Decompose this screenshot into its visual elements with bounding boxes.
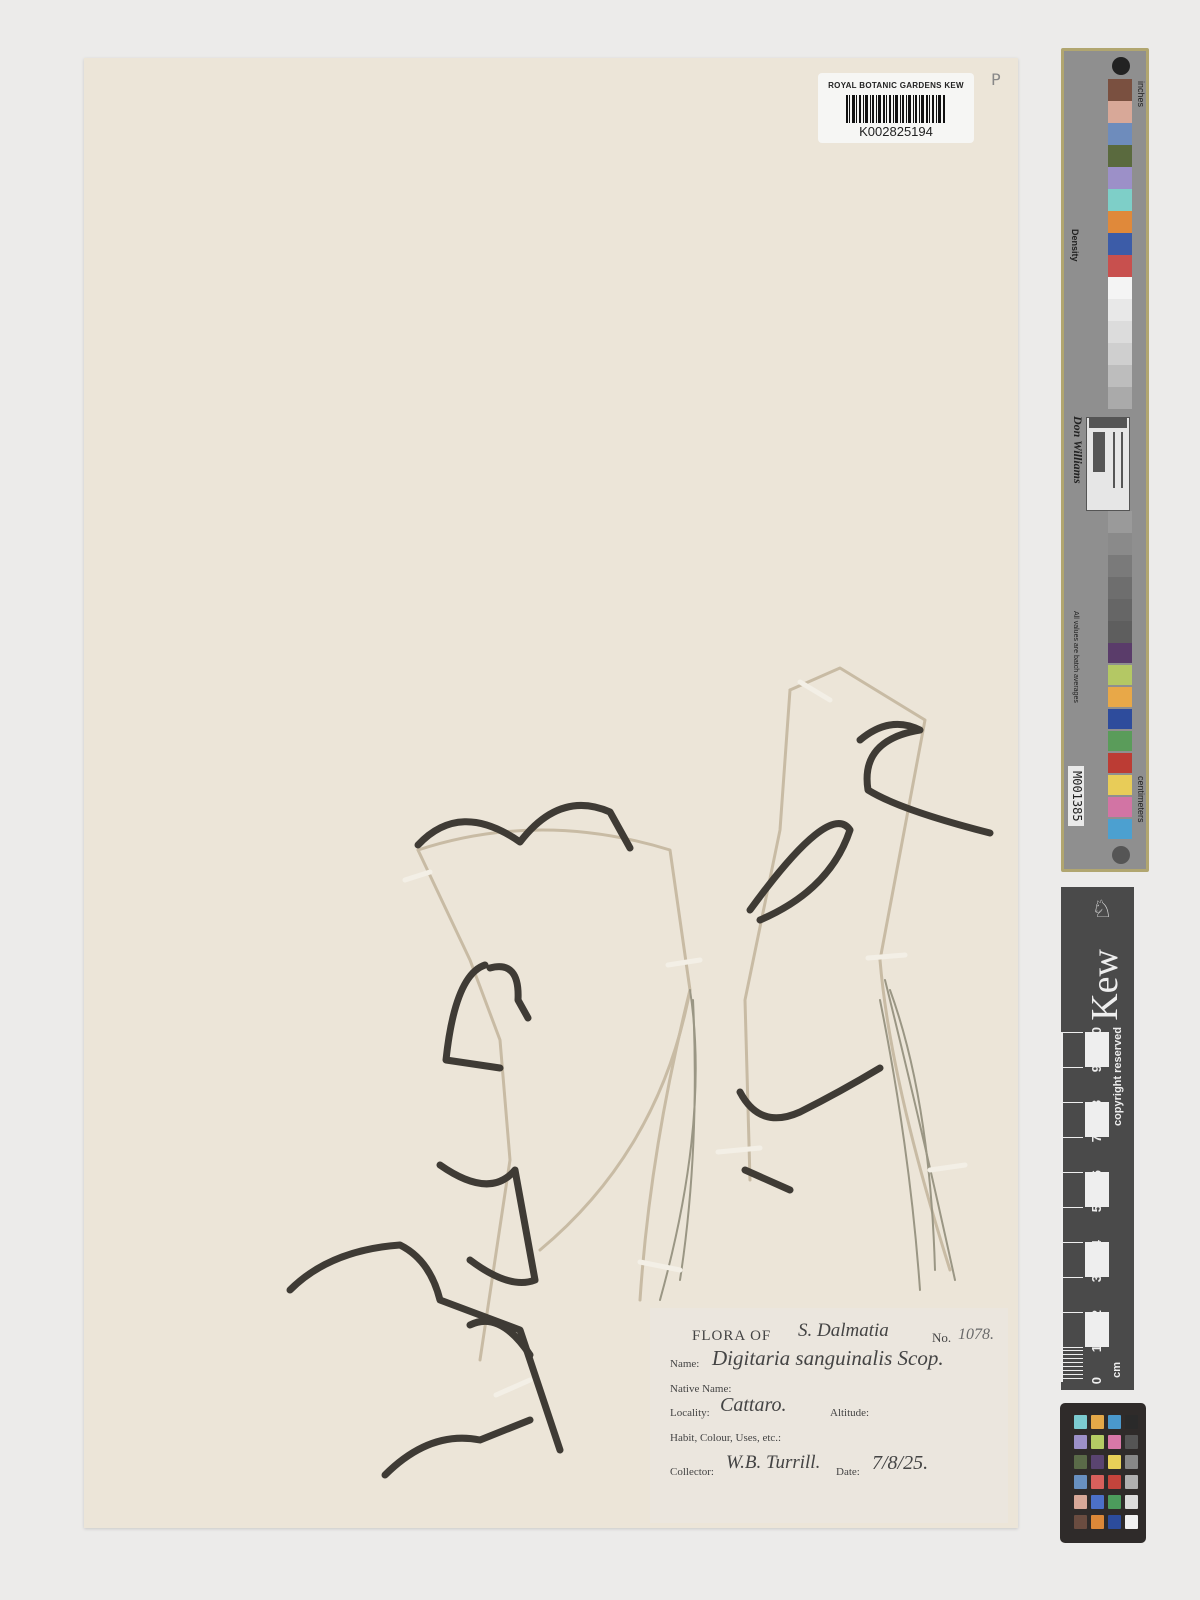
tick-7: 7 xyxy=(1089,1135,1104,1142)
gray-step-3 xyxy=(1108,321,1132,343)
gray-step-6 xyxy=(1108,387,1132,409)
patch xyxy=(1125,1495,1138,1509)
gray-step-1 xyxy=(1108,277,1132,299)
swatch-blue-2 xyxy=(1108,709,1132,729)
patch xyxy=(1108,1415,1121,1429)
swatch-purple xyxy=(1108,643,1132,663)
tick-0: 0 xyxy=(1089,1377,1104,1384)
flora-header: FLORA OF xyxy=(692,1328,771,1345)
tick-9: 9 xyxy=(1089,1065,1104,1072)
swatch-brown xyxy=(1108,79,1132,101)
patch xyxy=(1108,1475,1121,1489)
patch xyxy=(1108,1435,1121,1449)
swatch-yellow-green xyxy=(1108,665,1132,685)
patch xyxy=(1125,1515,1138,1529)
collection-number: 1078. xyxy=(958,1326,994,1344)
tick-8: 8 xyxy=(1089,1100,1104,1107)
date-label: Date: xyxy=(836,1466,860,1478)
color-checker-card xyxy=(1060,1403,1146,1543)
name-label: Name: xyxy=(670,1358,699,1370)
ruler-id-tag: M001385 xyxy=(1068,766,1084,826)
swatch-sky-blue xyxy=(1108,123,1132,145)
gray-step-2 xyxy=(1108,299,1132,321)
plant-specimen xyxy=(0,0,1200,1600)
patch xyxy=(1074,1455,1087,1469)
batch-note: All values are batch averages xyxy=(1072,611,1079,703)
dark-gray-4 xyxy=(1108,577,1132,599)
tick-6: 6 xyxy=(1089,1170,1104,1177)
flora-region: S. Dalmatia xyxy=(798,1320,889,1342)
patch xyxy=(1091,1475,1104,1489)
kew-scale-bar: ♘ Kew copyright reserved 10 9 8 7 6 5 4 … xyxy=(1061,887,1134,1390)
target-chart xyxy=(1086,417,1130,511)
kew-crest-icon: ♘ xyxy=(1087,895,1117,927)
dark-gray-5 xyxy=(1108,599,1132,621)
collector-value: W.B. Turrill. xyxy=(726,1452,820,1474)
patch xyxy=(1074,1475,1087,1489)
patch xyxy=(1125,1415,1138,1429)
kew-logo: Kew xyxy=(1083,949,1127,1021)
patch xyxy=(1108,1455,1121,1469)
patch xyxy=(1074,1435,1087,1449)
swatch-skin xyxy=(1108,101,1132,123)
swatch-yellow xyxy=(1108,775,1132,795)
tick-1: 1 xyxy=(1089,1345,1104,1352)
swatch-blue xyxy=(1108,233,1132,255)
taxon-name: Digitaria sanguinalis Scop. xyxy=(712,1346,944,1371)
tick-4: 4 xyxy=(1089,1240,1104,1247)
tick-10: 10 xyxy=(1089,1027,1104,1041)
swatch-lavender xyxy=(1108,167,1132,189)
cm-unit-label: cm xyxy=(1111,1362,1123,1378)
dark-gray-2 xyxy=(1108,533,1132,555)
tick-3: 3 xyxy=(1089,1275,1104,1282)
tick-2: 2 xyxy=(1089,1310,1104,1317)
patch xyxy=(1125,1455,1138,1469)
patch xyxy=(1091,1515,1104,1529)
tick-5: 5 xyxy=(1089,1205,1104,1212)
patch xyxy=(1108,1515,1121,1529)
swatch-cyan-2 xyxy=(1108,819,1132,839)
locality-value: Cattaro. xyxy=(720,1394,787,1417)
patch xyxy=(1074,1495,1087,1509)
ruler-hole-bottom xyxy=(1112,846,1130,864)
number-label: No. xyxy=(932,1330,951,1346)
patch xyxy=(1091,1495,1104,1509)
gray-step-4 xyxy=(1108,343,1132,365)
patch xyxy=(1091,1415,1104,1429)
locality-label: Locality: xyxy=(670,1407,710,1419)
patch xyxy=(1074,1415,1087,1429)
specimen-label: FLORA OF S. Dalmatia No. 1078. Name: Dig… xyxy=(650,1308,1008,1523)
copyright-text: copyright reserved xyxy=(1112,1027,1124,1126)
color-density-ruler: inches centimeters Density Don Williams … xyxy=(1061,48,1149,872)
swatch-magenta xyxy=(1108,797,1132,817)
patch xyxy=(1125,1475,1138,1489)
patch xyxy=(1091,1435,1104,1449)
altitude-label: Altitude: xyxy=(830,1407,869,1419)
swatch-red xyxy=(1108,255,1132,277)
patch xyxy=(1108,1495,1121,1509)
swatch-green xyxy=(1108,731,1132,751)
patch xyxy=(1125,1435,1138,1449)
ruler-hole-top xyxy=(1112,57,1130,75)
collector-label: Collector: xyxy=(670,1466,714,1478)
date-value: 7/8/25. xyxy=(872,1452,928,1475)
patch xyxy=(1091,1455,1104,1469)
swatch-orange-yellow xyxy=(1108,687,1132,707)
density-label: Density xyxy=(1070,229,1080,262)
swatch-cyan xyxy=(1108,189,1132,211)
centimeters-label: centimeters xyxy=(1136,776,1146,823)
habit-label: Habit, Colour, Uses, etc.: xyxy=(670,1432,781,1444)
inches-label: inches xyxy=(1136,81,1146,107)
brand-label: Don Williams xyxy=(1070,416,1085,484)
dark-gray-1 xyxy=(1108,511,1132,533)
dark-gray-3 xyxy=(1108,555,1132,577)
swatch-orange xyxy=(1108,211,1132,233)
dark-gray-6 xyxy=(1108,621,1132,643)
swatch-red-2 xyxy=(1108,753,1132,773)
gray-step-5 xyxy=(1108,365,1132,387)
swatch-foliage xyxy=(1108,145,1132,167)
patch xyxy=(1074,1515,1087,1529)
